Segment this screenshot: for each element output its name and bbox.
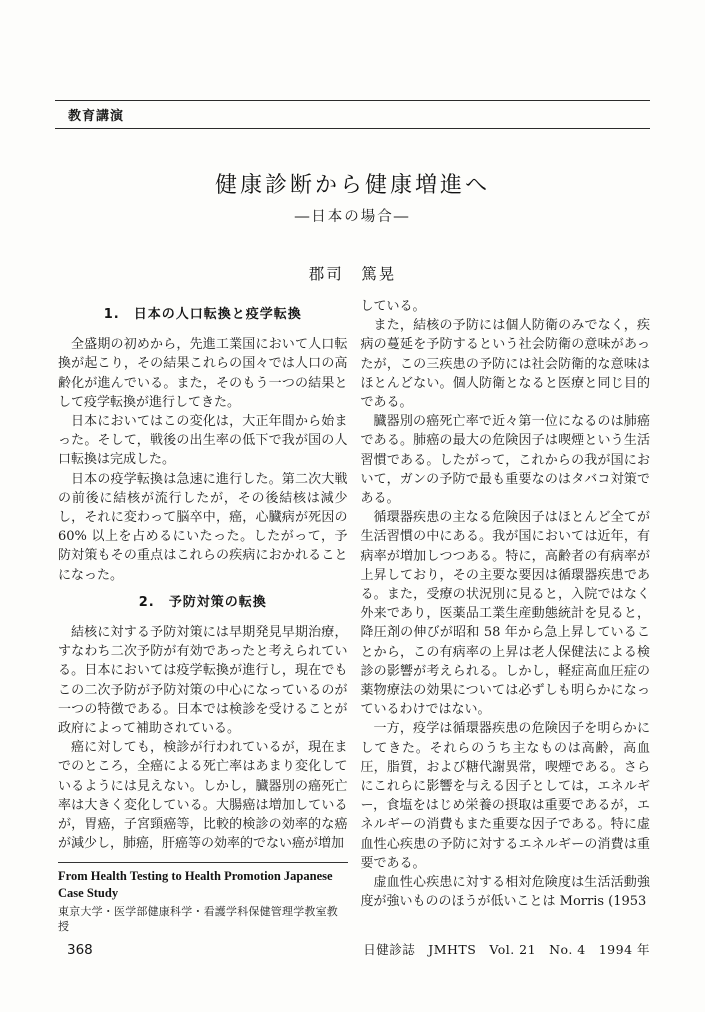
- right-column: している。 また，結核の予防には個人防衛のみでなく，疾病の蔓延を予防するという社…: [361, 297, 651, 934]
- journal-citation: 日健診誌 JMHTS Vol. 21 No. 4 1994 年: [363, 940, 650, 958]
- paragraph: 臓器別の癌死亡率で近々第一位になるのは肺癌である。肺癌の最大の危険因子は喫煙とい…: [361, 412, 651, 508]
- title-block: 健康診断から健康増進へ ―日本の場合―: [0, 168, 705, 226]
- section-number: 1.: [104, 307, 120, 322]
- footnote-affiliation: 東京大学・医学部健康科学・看護学科保健管理学教室教授: [58, 904, 348, 934]
- paragraph: 日本の疫学転換は急速に進行した。第二次大戦の前後に結核が流行したが，その後結核は…: [58, 470, 348, 585]
- header-band: 教育講演: [55, 100, 650, 129]
- section-heading-2: 2.予防対策の転換: [58, 593, 348, 612]
- paragraph: 全盛期の初めから，先進工業国において人口転換が起こり，その結果これらの国々では人…: [58, 335, 348, 412]
- section-number: 2.: [139, 595, 155, 610]
- author-name: 郡司 篤晃: [0, 262, 705, 284]
- left-column: 1.日本の人口転換と疫学転換 全盛期の初めから，先進工業国において人口転換が起こ…: [58, 297, 348, 934]
- paragraph: 結核に対する予防対策には早期発見早期治療，すなわち二次予防が有効であったと考えら…: [58, 623, 348, 738]
- paragraph: また，結核の予防には個人防衛のみでなく，疾病の蔓延を予防するという社会防衛の意味…: [361, 316, 651, 412]
- paragraph: 循環器疾患の主なる危険因子はほとんど全てが生活習慣の中にある。我が国においては近…: [361, 508, 651, 719]
- document-page: 教育講演 健康診断から健康増進へ ―日本の場合― 郡司 篤晃 1.日本の人口転換…: [0, 0, 705, 1012]
- article-subtitle: ―日本の場合―: [0, 205, 705, 226]
- page-footer: 368 日健診誌 JMHTS Vol. 21 No. 4 1994 年: [55, 940, 650, 958]
- section-heading-1: 1.日本の人口転換と疫学転換: [58, 305, 348, 324]
- body-columns: 1.日本の人口転換と疫学転換 全盛期の初めから，先進工業国において人口転換が起こ…: [58, 297, 650, 934]
- page-number: 368: [55, 942, 93, 958]
- lecture-category-label: 教育講演: [55, 105, 124, 124]
- paragraph-continuation: している。: [361, 297, 651, 316]
- paragraph: 癌に対しても，検診が行われているが，現在までのところ，全癌による死亡率はあまり変…: [58, 738, 348, 853]
- footnote-english-title: From Health Testing to Health Promotion …: [58, 868, 348, 901]
- article-title: 健康診断から健康増進へ: [0, 168, 705, 199]
- paragraph: 虚血性心疾患に対する相対危険度は生活活動強度が強いもののほうが低いことは Mor…: [361, 873, 651, 911]
- paragraph: 一方，疫学は循環器疾患の危険因子を明らかにしてきた。それらのうち主なものは高齢，…: [361, 719, 651, 873]
- paragraph: 日本においてはこの変化は，大正年間から始まった。そして，戦後の出生率の低下で我が…: [58, 412, 348, 470]
- footnote-block: From Health Testing to Health Promotion …: [58, 862, 348, 934]
- section-title: 予防対策の転換: [169, 595, 267, 610]
- section-title: 日本の人口転換と疫学転換: [134, 307, 302, 322]
